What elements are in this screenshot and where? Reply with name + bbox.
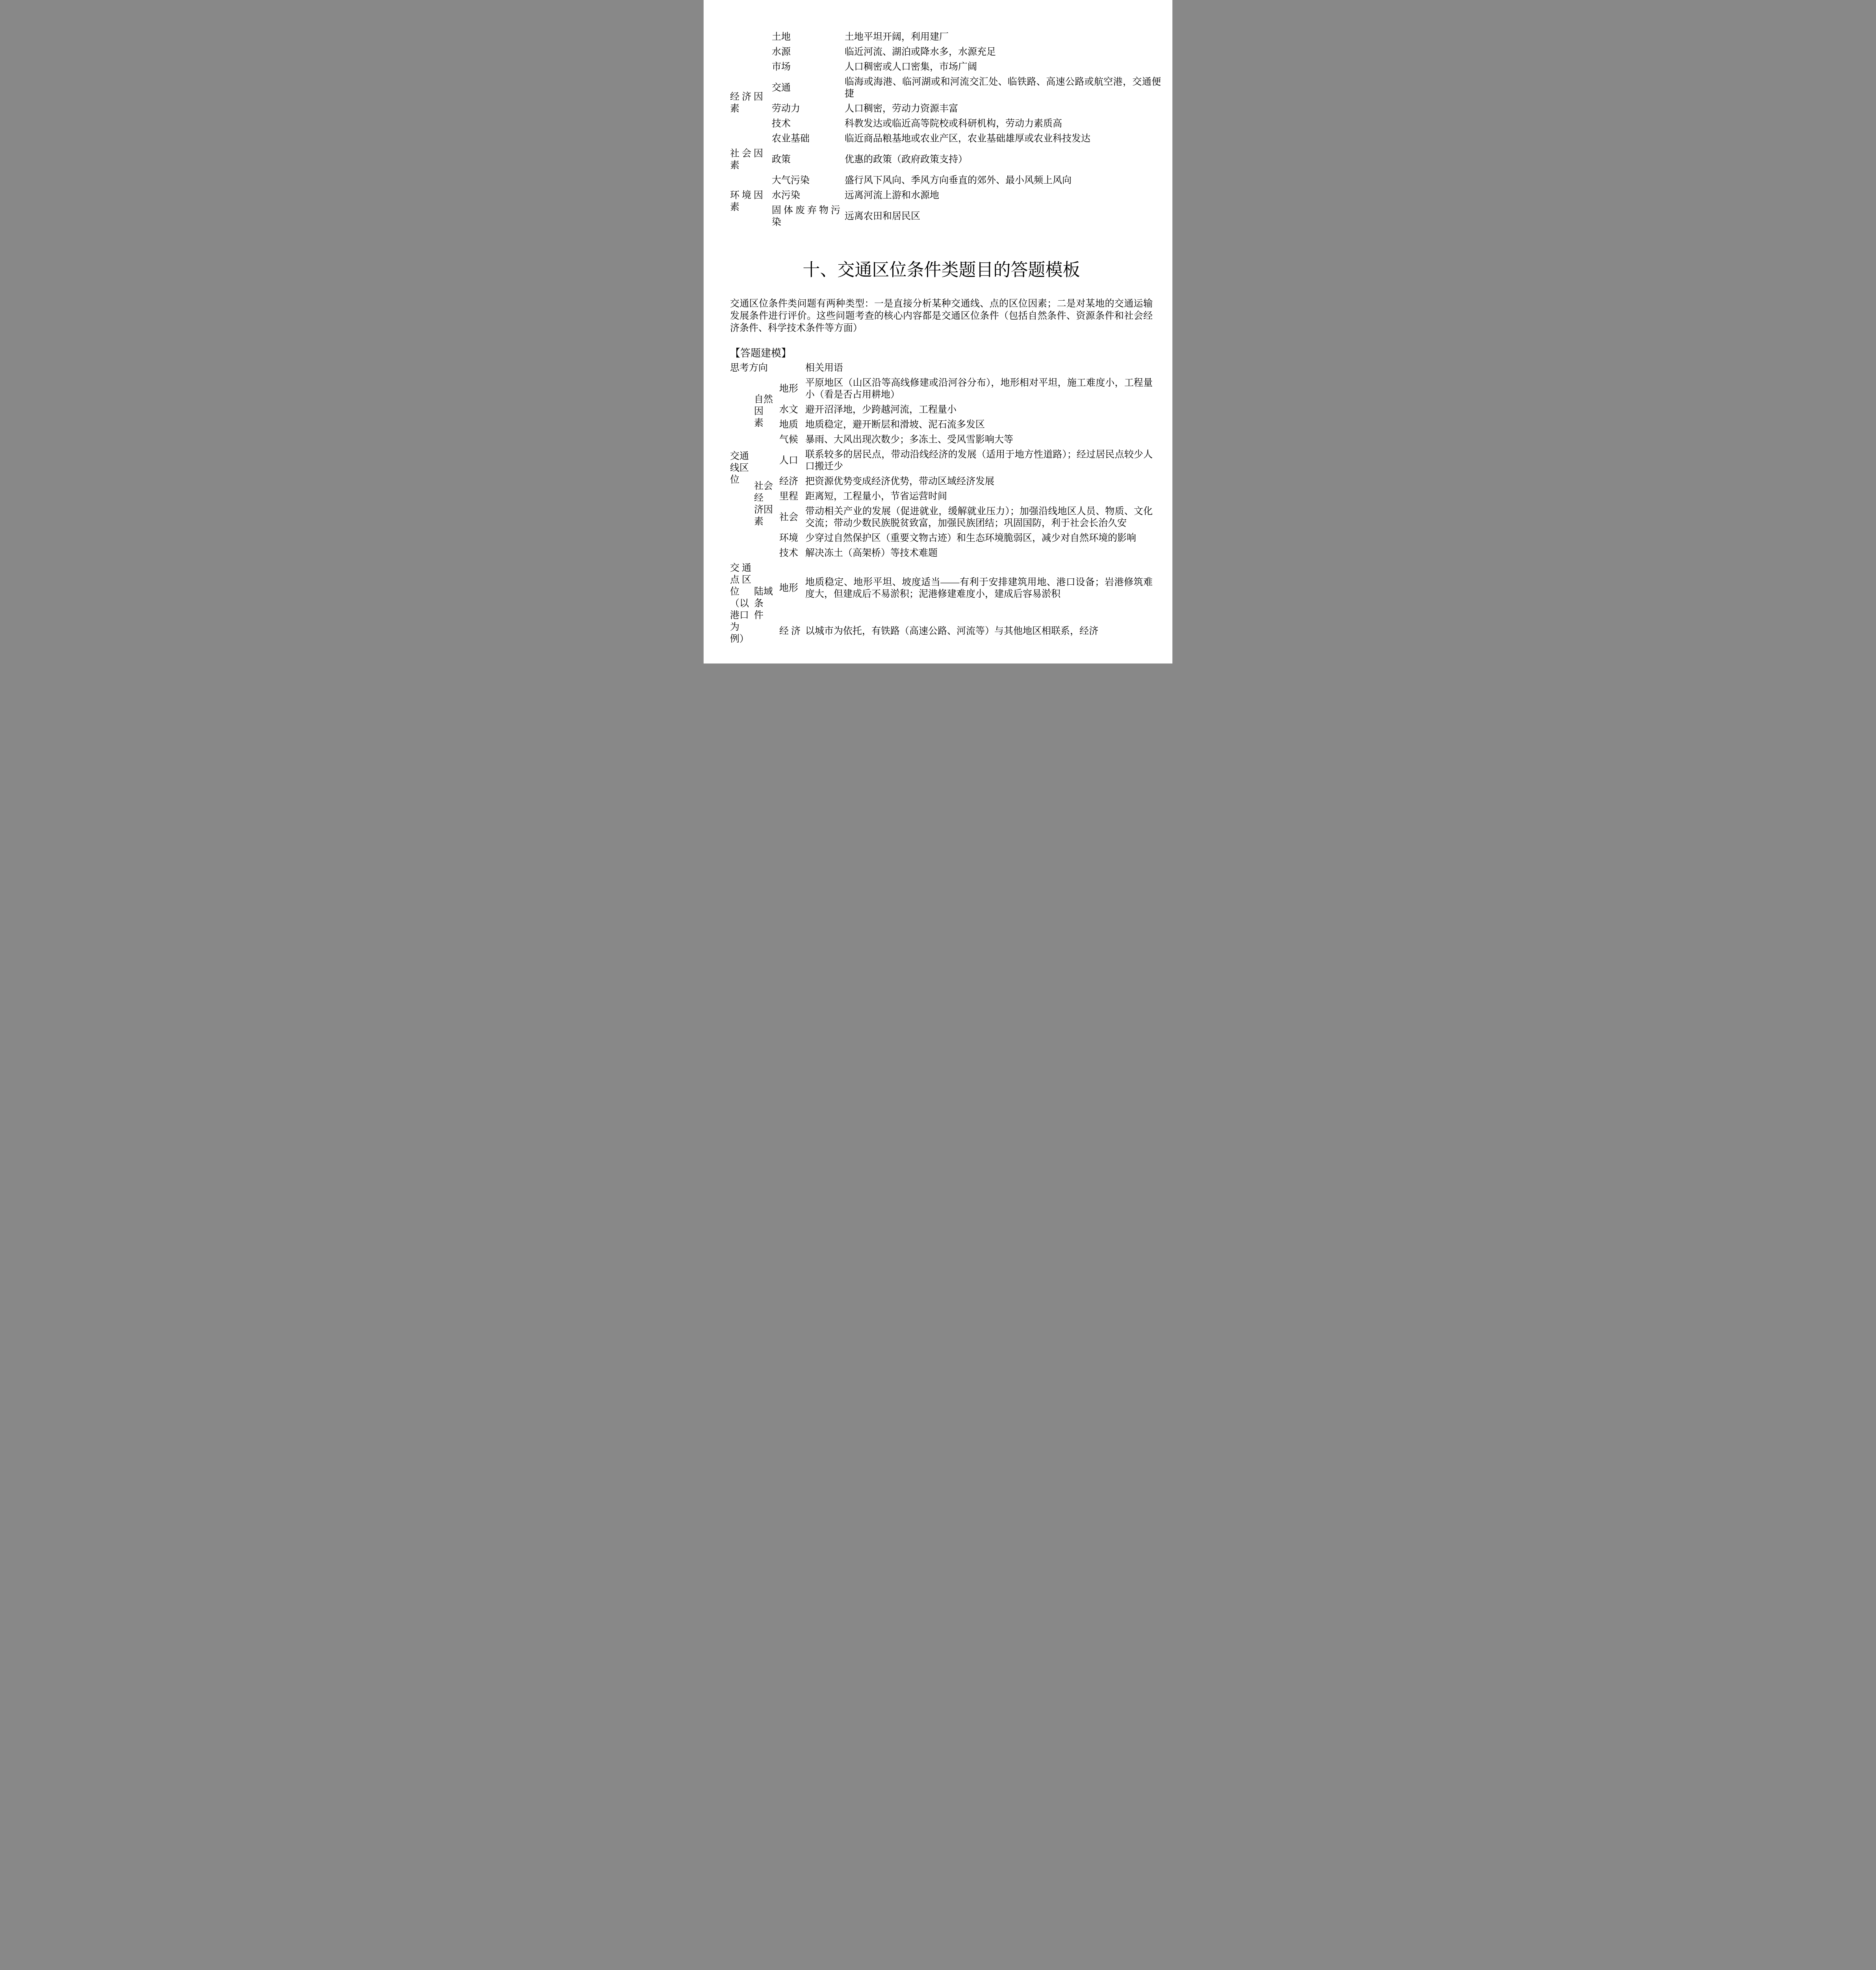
factor-cell: 农业基础 [767, 131, 841, 146]
factor-cell: 人口 [778, 447, 802, 474]
factor-cell: 水源 [767, 45, 841, 59]
header-related-terms: 相关用语 [802, 361, 1153, 375]
table-row: 气候 暴雨、大风出现次数少；多冻土、受风雪影响大等 [730, 432, 1153, 447]
factor-cell: 地形 [778, 561, 802, 616]
table-row: 技术 解决冻土（高架桥）等技术难题 [730, 546, 1153, 561]
factor-cell: 土地 [767, 30, 841, 45]
table-row: 水源 临近河流、湖泊或降水多，水源充足 [730, 45, 1161, 59]
factor-cell: 地形 [778, 375, 802, 402]
factor-cell: 经 济 [778, 616, 802, 647]
table-row: 经 济 因 素 市场 人口稠密或人口密集，市场广阔 [730, 59, 1161, 74]
factor-cell: 技术 [767, 116, 841, 131]
desc-cell: 优惠的政策（政府政策支持） [841, 146, 1161, 173]
desc-cell: 土地平坦开阔，利用建厂 [841, 30, 1161, 45]
location-factors-table: 土地 土地平坦开阔，利用建厂 水源 临近河流、湖泊或降水多，水源充足 经 济 因… [730, 30, 1161, 230]
factor-cell: 政策 [767, 146, 841, 173]
category-cell: 社 会 因 素 [730, 146, 767, 173]
table-row: 社会经 济因素 人口 联系较多的居民点，带动沿线经济的发展（适用于地方性道路）；… [730, 447, 1153, 474]
table-row: 地质 地质稳定，避开断层和滑坡、泥石流多发区 [730, 417, 1153, 432]
table-row: 经 济 以城市为依托，有铁路（高速公路、河流等）与其他地区相联系，经济 [730, 616, 1153, 647]
table-row: 交通 临海或海港、临河湖或和河流交汇处、临铁路、高速公路或航空港，交通便捷 [730, 74, 1161, 101]
factor-cell: 气候 [778, 432, 802, 447]
page-content: 土地 土地平坦开阔，利用建厂 水源 临近河流、湖泊或降水多，水源充足 经 济 因… [730, 0, 1153, 647]
table-row: 水污染 远离河流上游和水源地 [730, 188, 1161, 203]
desc-cell: 平原地区（山区沿等高线修建或沿河谷分布），地形相对平坦，施工难度小，工程量小（看… [802, 375, 1153, 402]
table-row: 经济 把资源优势变成经济优势，带动区域经济发展 [730, 474, 1153, 489]
factor-cell: 水文 [778, 402, 802, 417]
category-cell [730, 30, 767, 59]
header-thinking-direction: 思考方向 [730, 361, 802, 375]
factor-cell: 地质 [778, 417, 802, 432]
table-row: 社会 带动相关产业的发展（促进就业，缓解就业压力）；加强沿线地区人员、物质、文化… [730, 504, 1153, 531]
factor-cell: 里程 [778, 489, 802, 504]
table-row: 固 体 废 弃 物 污 染 远离农田和居民区 [730, 203, 1161, 230]
desc-cell: 地质稳定，避开断层和滑坡、泥石流多发区 [802, 417, 1153, 432]
factor-cell: 交通 [767, 74, 841, 101]
desc-cell: 人口稠密或人口密集，市场广阔 [841, 59, 1161, 74]
desc-cell: 少穿过自然保护区（重要文物古迹）和生态环境脆弱区，减少对自然环境的影响 [802, 531, 1153, 546]
desc-cell: 科教发达或临近高等院校或科研机构，劳动力素质高 [841, 116, 1161, 131]
desc-cell: 距离短，工程量小，节省运营时间 [802, 489, 1153, 504]
table-row: 环 境 因 素 大气污染 盛行风下风向、季风方向垂直的郊外、最小风频上风向 [730, 173, 1161, 188]
subcategory-cell: 陆域条 件 [754, 561, 778, 647]
factor-cell: 技术 [778, 546, 802, 561]
table-row: 水文 避开沼泽地，少跨越河流，工程量小 [730, 402, 1153, 417]
desc-cell: 临近商品粮基地或农业产区，农业基础雄厚或农业科技发达 [841, 131, 1161, 146]
desc-cell: 解决冻土（高架桥）等技术难题 [802, 546, 1153, 561]
table-row: 农业基础 临近商品粮基地或农业产区，农业基础雄厚或农业科技发达 [730, 131, 1161, 146]
factor-cell: 社会 [778, 504, 802, 531]
factor-cell: 水污染 [767, 188, 841, 203]
desc-cell: 远离河流上游和水源地 [841, 188, 1161, 203]
desc-cell: 以城市为依托，有铁路（高速公路、河流等）与其他地区相联系，经济 [802, 616, 1153, 647]
table-row: 交 通 点 区 位 （以港口为 例） 陆域条 件 地形 地质稳定、地形平坦、坡度… [730, 561, 1153, 616]
desc-cell: 把资源优势变成经济优势，带动区域经济发展 [802, 474, 1153, 489]
category-cell: 交通线区位 [730, 375, 754, 561]
factor-cell: 环境 [778, 531, 802, 546]
table-row: 劳动力 人口稠密，劳动力资源丰富 [730, 101, 1161, 116]
desc-cell: 盛行风下风向、季风方向垂直的郊外、最小风频上风向 [841, 173, 1161, 188]
subcategory-cell: 自然因 素 [754, 375, 778, 447]
desc-cell: 地质稳定、地形平坦、坡度适当——有利于安排建筑用地、港口设备；岩港修筑难度大，但… [802, 561, 1153, 616]
intro-paragraph: 交通区位条件类问题有两种类型：一是直接分析某种交通线、点的区位因素；二是对某地的… [730, 298, 1153, 335]
desc-cell: 人口稠密，劳动力资源丰富 [841, 101, 1161, 116]
table-row: 社 会 因 素 政策 优惠的政策（政府政策支持） [730, 146, 1161, 173]
category-cell: 环 境 因 素 [730, 173, 767, 230]
factor-cell: 劳动力 [767, 101, 841, 116]
desc-cell: 远离农田和居民区 [841, 203, 1161, 230]
answer-model-table: 思考方向 相关用语 交通线区位 自然因 素 地形 平原地区（山区沿等高线修建或沿… [730, 361, 1153, 647]
subcategory-cell: 社会经 济因素 [754, 447, 778, 561]
desc-cell: 带动相关产业的发展（促进就业，缓解就业压力）；加强沿线地区人员、物质、文化交流；… [802, 504, 1153, 531]
table-row: 环境 少穿过自然保护区（重要文物古迹）和生态环境脆弱区，减少对自然环境的影响 [730, 531, 1153, 546]
table-row: 交通线区位 自然因 素 地形 平原地区（山区沿等高线修建或沿河谷分布），地形相对… [730, 375, 1153, 402]
table-row: 土地 土地平坦开阔，利用建厂 [730, 30, 1161, 45]
table-row: 技术 科教发达或临近高等院校或科研机构，劳动力素质高 [730, 116, 1161, 131]
factor-cell: 固 体 废 弃 物 污 染 [767, 203, 841, 230]
desc-cell: 临海或海港、临河湖或和河流交汇处、临铁路、高速公路或航空港，交通便捷 [841, 74, 1161, 101]
factor-cell: 大气污染 [767, 173, 841, 188]
factor-cell: 市场 [767, 59, 841, 74]
table-row: 里程 距离短，工程量小，节省运营时间 [730, 489, 1153, 504]
page-title: 十、交通区位条件类题目的答题模板 [730, 259, 1153, 281]
desc-cell: 暴雨、大风出现次数少；多冻土、受风雪影响大等 [802, 432, 1153, 447]
table-header-row: 思考方向 相关用语 [730, 361, 1153, 375]
section-label: 【答题建模】 [730, 346, 1153, 361]
category-cell: 交 通 点 区 位 （以港口为 例） [730, 561, 754, 647]
category-cell: 经 济 因 素 [730, 59, 767, 146]
desc-cell: 避开沼泽地，少跨越河流，工程量小 [802, 402, 1153, 417]
desc-cell: 联系较多的居民点，带动沿线经济的发展（适用于地方性道路）；经过居民点较少人口搬迁… [802, 447, 1153, 474]
desc-cell: 临近河流、湖泊或降水多，水源充足 [841, 45, 1161, 59]
factor-cell: 经济 [778, 474, 802, 489]
document-page: 土地 土地平坦开阔，利用建厂 水源 临近河流、湖泊或降水多，水源充足 经 济 因… [704, 0, 1172, 663]
